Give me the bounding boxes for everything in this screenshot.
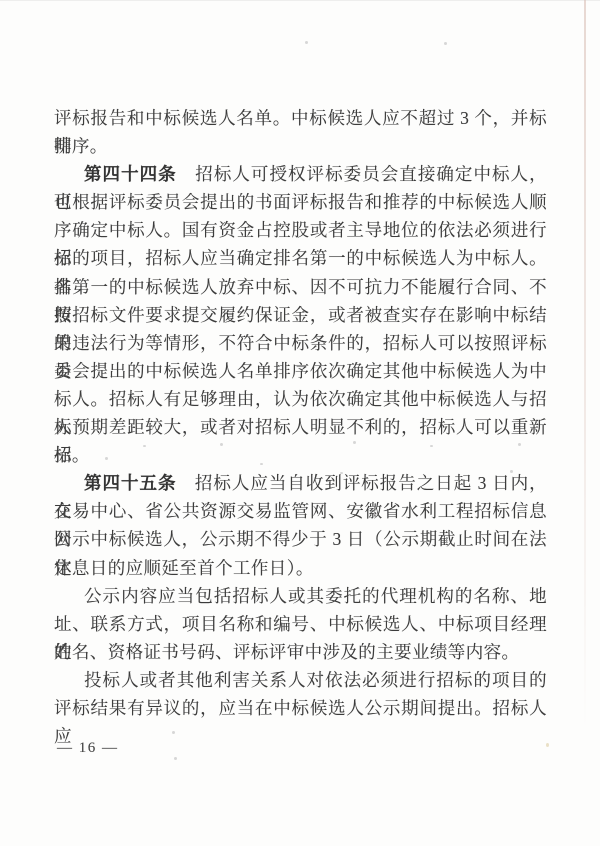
text-line: 标的项目，招标人应当确定排名第一的中标候选人为中标人。排 <box>54 244 547 272</box>
text-line: 排序。 <box>54 132 547 160</box>
scan-top-edge-artifact <box>0 0 600 1</box>
scan-speck <box>305 41 308 44</box>
scan-paper-edge-artifact <box>584 0 586 730</box>
text-line-article: 第四十四条 招标人可授权评标委员会直接确定中标人，也 <box>54 160 547 188</box>
text-line-article: 第四十五条 招标人应当自收到评标报告之日起 3 日内，在 <box>54 469 547 497</box>
text-line: 照招标文件要求提交履约保证金，或者被查实存在影响中标结果 <box>54 301 547 329</box>
text-line: 的违法行为等情形，不符合中标条件的，招标人可以按照评标委 <box>54 329 547 357</box>
text-line: 标。 <box>54 441 547 469</box>
text-line: 姓名、资格证书号码、评标评审中涉及的主要业绩等内容。 <box>54 638 547 666</box>
text-line: 休息日的应顺延至首个工作日）。 <box>54 554 547 582</box>
text-line: 人预期差距较大，或者对招标人明显不利的，招标人可以重新招 <box>54 413 547 441</box>
text-line: 员会提出的中标候选人名单排序依次确定其他中标候选人为中 <box>54 357 547 385</box>
scan-speck <box>444 42 447 45</box>
text-line-paragraph-start: 公示内容应当包括招标人或其委托的代理机构的名称、地 <box>54 582 547 610</box>
scan-speck <box>174 757 177 760</box>
text-line: 交易中心、省公共资源交易监管网、安徽省水利工程招标信息网 <box>54 497 547 525</box>
text-line: 址、联系方式，项目名称和编号、中标候选人、中标项目经理的 <box>54 610 547 638</box>
article-number-label: 第四十四条 <box>84 164 177 184</box>
text-line-paragraph-start: 投标人或者其他利害关系人对依法必须进行招标的项目的 <box>54 666 547 694</box>
page-number: — 16 — <box>57 740 119 757</box>
text-line: 评标报告和中标候选人名单。中标候选人应不超过 3 个，并标明 <box>54 104 547 132</box>
text-line: 标人。招标人有足够理由，认为依次确定其他中标候选人与招标 <box>54 385 547 413</box>
document-body: 评标报告和中标候选人名单。中标候选人应不超过 3 个，并标明 排序。 第四十四条… <box>54 104 547 722</box>
article-number-label: 第四十五条 <box>84 473 176 493</box>
text-line: 名第一的中标候选人放弃中标、因不可抗力不能履行合同、不按 <box>54 273 547 301</box>
scanned-document-page: 评标报告和中标候选人名单。中标候选人应不超过 3 个，并标明 排序。 第四十四条… <box>0 0 600 846</box>
text-line: 可根据评标委员会提出的书面评标报告和推荐的中标候选人顺 <box>54 188 547 216</box>
text-line: 评标结果有异议的，应当在中标候选人公示期间提出。招标人应 <box>54 694 547 722</box>
scan-speck <box>546 743 549 747</box>
text-line: 序确定中标人。国有资金占控股或者主导地位的依法必须进行招 <box>54 216 547 244</box>
scan-speck <box>172 731 175 734</box>
text-line: 公示中标候选人，公示期不得少于 3 日（公示期截止时间在法定 <box>54 525 547 553</box>
